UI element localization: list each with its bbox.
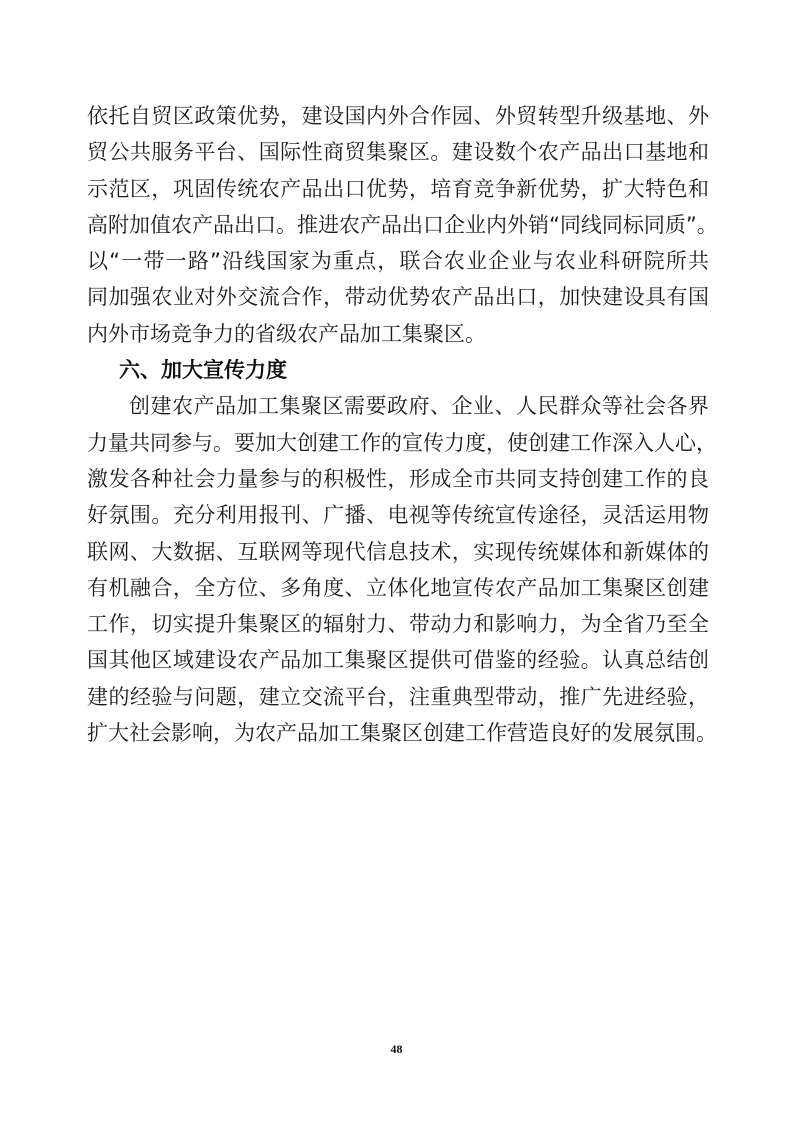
text-line: 创建农产品加工集聚区需要政府、企业、人民群众等社会各界 — [87, 388, 709, 424]
text-line: 示范区，巩固传统农产品出口优势，培育竞争新优势，扩大特色和 — [87, 171, 709, 207]
section-heading: 六、加大宣传力度 — [87, 352, 709, 388]
text-line: 内外市场竞争力的省级农产品加工集聚区。 — [87, 316, 709, 352]
paragraph-publicity: 创建农产品加工集聚区需要政府、企业、人民群众等社会各界 力量共同参与。要加大创建… — [87, 388, 709, 751]
text-line: 有机融合，全方位、多角度、立体化地宣传农产品加工集聚区创建 — [87, 570, 709, 606]
text-line: 联网、大数据、互联网等现代信息技术，实现传统媒体和新媒体的 — [87, 534, 709, 570]
paragraph-export-base: 依托自贸区政策优势，建设国内外合作园、外贸转型升级基地、外 贸公共服务平台、国际… — [87, 98, 709, 352]
text-line: 建的经验与问题，建立交流平台，注重典型带动，推广先进经验， — [87, 679, 709, 715]
text-line: 扩大社会影响，为农产品加工集聚区创建工作营造良好的发展氛围。 — [87, 715, 709, 751]
text-line: 力量共同参与。要加大创建工作的宣传力度，使创建工作深入人心， — [87, 425, 709, 461]
text-line: 依托自贸区政策优势，建设国内外合作园、外贸转型升级基地、外 — [87, 98, 709, 134]
text-line: 国其他区域建设农产品加工集聚区提供可借鉴的经验。认真总结创 — [87, 642, 709, 678]
document-body: 依托自贸区政策优势，建设国内外合作园、外贸转型升级基地、外 贸公共服务平台、国际… — [87, 98, 709, 751]
text-line: 工作，切实提升集聚区的辐射力、带动力和影响力，为全省乃至全 — [87, 606, 709, 642]
text-line: 高附加值农产品出口。推进农产品出口企业内外销“同线同标同质”。 — [87, 207, 709, 243]
text-line: 激发各种社会力量参与的积极性，形成全市共同支持创建工作的良 — [87, 461, 709, 497]
text-line: 以“一带一路”沿线国家为重点，联合农业企业与农业科研院所共 — [87, 243, 709, 279]
text-line: 好氛围。充分利用报刊、广播、电视等传统宣传途径，灵活运用物 — [87, 497, 709, 533]
text-line: 贸公共服务平台、国际性商贸集聚区。建设数个农产品出口基地和 — [87, 134, 709, 170]
page-number: 48 — [0, 1042, 793, 1057]
text-line: 同加强农业对外交流合作，带动优势农产品出口，加快建设具有国 — [87, 279, 709, 315]
